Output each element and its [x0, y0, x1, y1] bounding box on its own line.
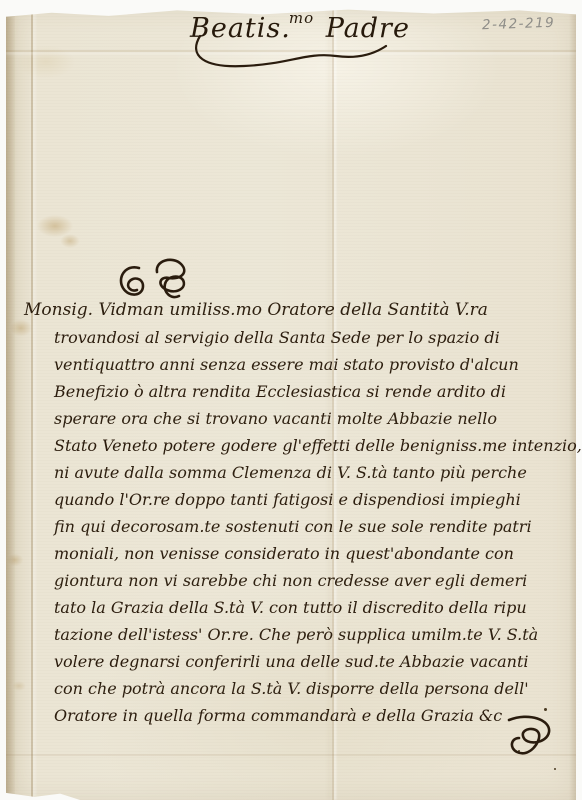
manuscript-line: tato la Grazia della S.tà V. con tutto i…	[24, 594, 558, 621]
fold-crease-top	[6, 50, 576, 52]
manuscript-line: tazione dell'istess' Or.re. Che però sup…	[24, 621, 558, 648]
manuscript-line: Benefizio ò altra rendita Ecclesiastica …	[24, 378, 558, 405]
fold-crease-bottom	[6, 754, 576, 756]
manuscript-line: Stato Veneto potere godere gl'effetti de…	[24, 432, 558, 459]
letter-body: Monsig. Vidman umiliss.mo Oratore della …	[24, 297, 558, 729]
scan-background: 2-42-219 Beatis.mo Padre Monsig. Vidman …	[0, 0, 582, 800]
fold-crease-left-band	[6, 8, 15, 800]
archive-mark: 2-42-219	[482, 15, 556, 34]
salutation: Beatis.mo Padre	[190, 13, 410, 44]
manuscript-line: quando l'Or.re doppo tanti fatigosi e di…	[24, 486, 558, 513]
manuscript-line: Monsig. Vidman umiliss.mo Oratore della …	[24, 297, 558, 324]
ink-speck	[554, 768, 556, 770]
manuscript-line: fin qui decorosam.te sostenuti con le su…	[24, 513, 558, 540]
manuscript-line: sperare ora che si trovano vacanti molte…	[24, 405, 558, 432]
ink-speck	[518, 750, 520, 752]
manuscript-line: moniali, non venisse considerato in ques…	[24, 540, 558, 567]
paper-right-edge-shadow	[569, 8, 576, 800]
manuscript-line: ni avute dalla somma Clemenza di V. S.tà…	[24, 459, 558, 486]
salutation-superscript: mo	[289, 9, 314, 27]
manuscript-line: Oratore in quella forma commandarà e del…	[24, 702, 558, 729]
manuscript-line: trovandosi al servigio della Santa Sede …	[24, 324, 558, 351]
salutation-prefix: Beatis.	[190, 13, 291, 44]
manuscript-line: ventiquattro anni senza essere mai stato…	[24, 351, 558, 378]
salutation-word: Padre	[326, 13, 410, 44]
manuscript-line: con che potrà ancora la S.tà V. disporre…	[24, 675, 558, 702]
manuscript-line: volere degnarsi conferirli una delle sud…	[24, 648, 558, 675]
manuscript-line: giontura non vi sarebbe chi non credesse…	[24, 567, 558, 594]
